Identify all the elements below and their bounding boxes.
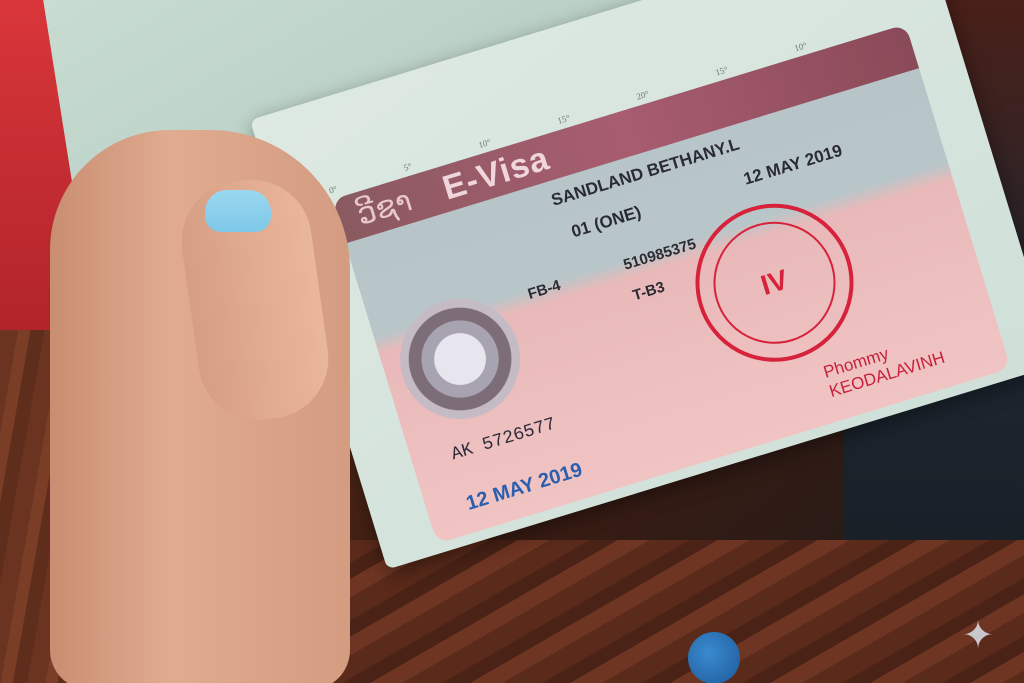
visa-category: T-B3 bbox=[631, 279, 667, 305]
issue-date: 12 MAY 2019 bbox=[741, 141, 844, 190]
sparkle-icon: ✦ bbox=[958, 616, 998, 656]
stamp-text: IV bbox=[757, 264, 792, 302]
serial-number: AK 5726577 bbox=[449, 414, 558, 465]
painted-thumbnail bbox=[205, 190, 271, 232]
blue-bottle-cap bbox=[688, 632, 740, 683]
reference-number: 510985375 bbox=[621, 235, 698, 273]
wooden-floor bbox=[330, 540, 1024, 683]
official-stamp: IV bbox=[676, 184, 873, 381]
visa-type: FB-4 bbox=[526, 277, 563, 303]
photo-scene: 0° 5° 10° 15° 20° 15° 10° ວີຊາ E-Visa SA… bbox=[0, 0, 1024, 683]
hologram-emblem-icon bbox=[385, 284, 535, 434]
number-of-entries: 01 (ONE) bbox=[569, 202, 644, 242]
entry-stamp-date: 12 MAY 2019 bbox=[464, 459, 586, 516]
officer-name: Phommy KEODALAVINH bbox=[821, 311, 1005, 402]
